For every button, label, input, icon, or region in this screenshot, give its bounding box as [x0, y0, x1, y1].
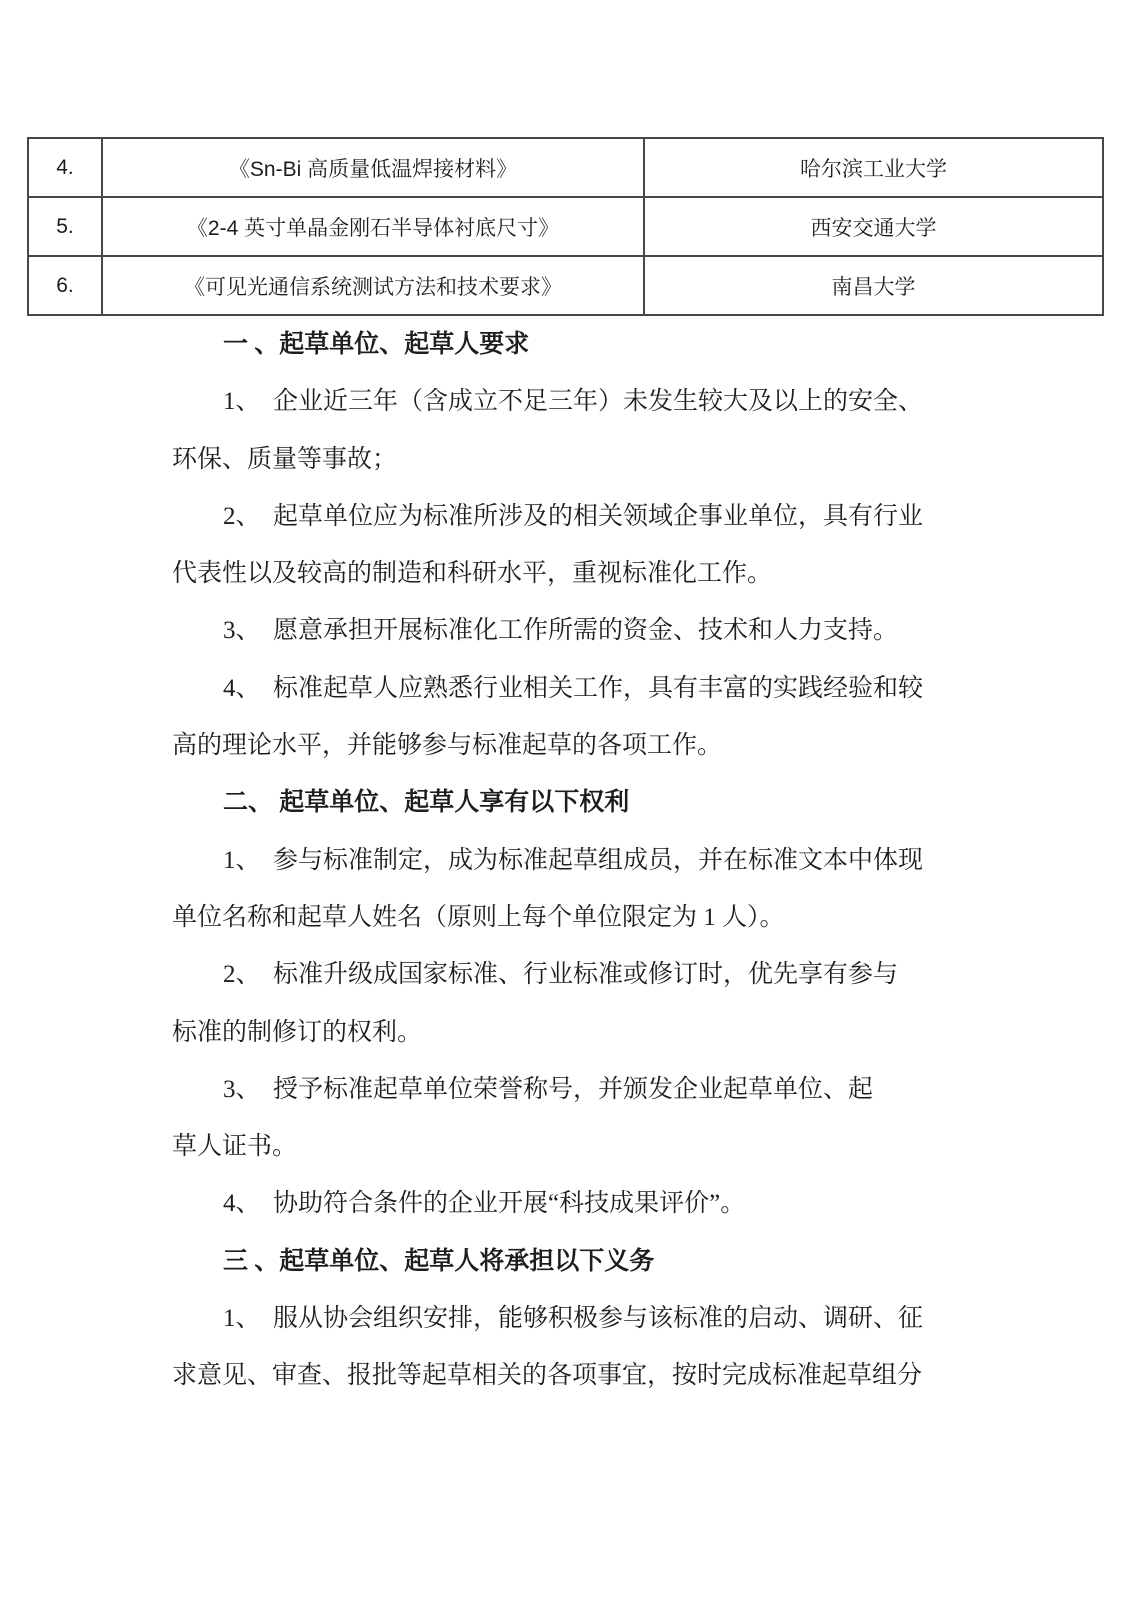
paragraph-line: 4、 协助符合条件的企业开展“科技成果评价”。	[172, 1175, 1052, 1232]
section-heading: 一 、起草单位、起草人要求	[172, 316, 1052, 373]
drafting-unit-cell: 西安交通大学	[644, 197, 1103, 256]
paragraph-line: 4、 标准起草人应熟悉行业相关工作，具有丰富的实践经验和较	[172, 660, 1052, 717]
document-page: 4. 《Sn-Bi 高质量低温焊接材料》 哈尔滨工业大学 5. 《2-4 英寸单…	[0, 0, 1131, 1600]
paragraph-line: 2、 起草单位应为标准所涉及的相关领域企事业单位，具有行业	[172, 488, 1052, 545]
standard-name-cell: 《2-4 英寸单晶金刚石半导体衬底尺寸》	[102, 197, 644, 256]
table-row: 4. 《Sn-Bi 高质量低温焊接材料》 哈尔滨工业大学	[28, 138, 1103, 197]
standards-table: 4. 《Sn-Bi 高质量低温焊接材料》 哈尔滨工业大学 5. 《2-4 英寸单…	[27, 137, 1104, 316]
paragraph-line: 2、 标准升级成国家标准、行业标准或修订时，优先享有参与	[172, 946, 1052, 1003]
paragraph-line: 草人证书。	[172, 1118, 1052, 1175]
drafting-unit-cell: 南昌大学	[644, 256, 1103, 315]
table-row: 5. 《2-4 英寸单晶金刚石半导体衬底尺寸》 西安交通大学	[28, 197, 1103, 256]
paragraph-line: 代表性以及较高的制造和科研水平，重视标准化工作。	[172, 545, 1052, 602]
paragraph-line: 1、 服从协会组织安排，能够积极参与该标准的启动、调研、征	[172, 1290, 1052, 1347]
row-number-cell: 4.	[28, 138, 102, 197]
paragraph-line: 1、 参与标准制定，成为标准起草组成员，并在标准文本中体现	[172, 832, 1052, 889]
standard-name-cell: 《Sn-Bi 高质量低温焊接材料》	[102, 138, 644, 197]
paragraph-line: 1、 企业近三年（含成立不足三年）未发生较大及以上的安全、	[172, 373, 1052, 430]
paragraph-line: 高的理论水平，并能够参与标准起草的各项工作。	[172, 717, 1052, 774]
paragraph-line: 3、 授予标准起草单位荣誉称号，并颁发企业起草单位、起	[172, 1061, 1052, 1118]
paragraph-line: 标准的制修订的权利。	[172, 1004, 1052, 1061]
row-number-cell: 5.	[28, 197, 102, 256]
row-number-cell: 6.	[28, 256, 102, 315]
paragraph-line: 3、 愿意承担开展标准化工作所需的资金、技术和人力支持。	[172, 602, 1052, 659]
section-heading: 二、 起草单位、起草人享有以下权利	[172, 774, 1052, 831]
paragraph-line: 求意见、审查、报批等起草相关的各项事宜，按时完成标准起草组分	[172, 1347, 1052, 1404]
standard-name-cell: 《可见光通信系统测试方法和技术要求》	[102, 256, 644, 315]
paragraph-line: 环保、质量等事故；	[172, 431, 1052, 488]
table-row: 6. 《可见光通信系统测试方法和技术要求》 南昌大学	[28, 256, 1103, 315]
paragraph-line: 单位名称和起草人姓名（原则上每个单位限定为 1 人）。	[172, 889, 1052, 946]
document-body: 一 、起草单位、起草人要求 1、 企业近三年（含成立不足三年）未发生较大及以上的…	[172, 316, 1052, 1405]
drafting-unit-cell: 哈尔滨工业大学	[644, 138, 1103, 197]
section-heading: 三 、起草单位、起草人将承担以下义务	[172, 1233, 1052, 1290]
